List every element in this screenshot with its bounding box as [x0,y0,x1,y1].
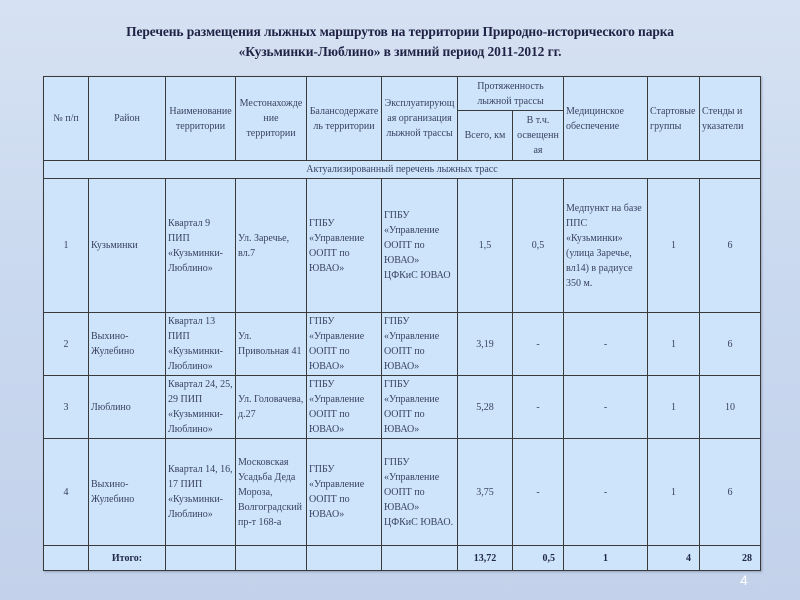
cell-medical: - [564,376,648,439]
cell-district: Выхино-Жулебино [89,313,166,376]
table-row: 4 Выхино-Жулебино Квартал 14, 16, 17 ПИП… [44,439,761,546]
total-row: Итого: 13,72 0,5 1 4 28 [44,546,761,571]
header-signs: Стенды и указатели [700,77,761,161]
cell-length-total: 5,28 [458,376,513,439]
header-num: № п/п [44,77,89,161]
header-length-lit: В т.ч. освещенная [513,111,564,161]
cell-holder: ГПБУ «Управление ООПТ по ЮВАО» [307,179,382,313]
cell-length-total: 3,75 [458,439,513,546]
header-holder: Балансодержатель территории [307,77,382,161]
cell-length-lit: - [513,439,564,546]
cell-signs: 10 [700,376,761,439]
cell-district: Кузьминки [89,179,166,313]
cell-empty [307,546,382,571]
cell-start-groups: 1 [648,179,700,313]
cell-medical: - [564,313,648,376]
cell-length-total: 3,19 [458,313,513,376]
cell-operator: ГПБУ «Управление ООПТ по ЮВАО» [382,376,458,439]
document-title: Перечень размещения лыжных маршрутов на … [0,22,800,62]
table-row: 1 Кузьминки Квартал 9 ПИП «Кузьминки-Люб… [44,179,761,313]
cell-length-lit: 0,5 [513,179,564,313]
total-signs: 28 [700,546,761,571]
cell-num: 3 [44,376,89,439]
header-location: Местонахождение территории [236,77,307,161]
total-label: Итого: [89,546,166,571]
table-row: 2 Выхино-Жулебино Квартал 13 ПИП «Кузьми… [44,313,761,376]
cell-holder: ГПБУ «Управление ООПТ по ЮВАО» [307,439,382,546]
title-line-2: «Кузьминки-Люблино» в зимний период 2011… [0,42,800,62]
cell-empty [382,546,458,571]
cell-operator: ГПБУ «Управление ООПТ по ЮВАО» ЦФКиС ЮВА… [382,179,458,313]
ski-routes-table: № п/п Район Наименование территории Мест… [43,76,761,571]
header-length: Протяженность лыжной трассы [458,77,564,111]
header-district: Район [89,77,166,161]
cell-territory-name: Квартал 24, 25, 29 ПИП «Кузьминки-Люблин… [166,376,236,439]
cell-location: Ул. Головачева, д.27 [236,376,307,439]
cell-empty [166,546,236,571]
header-row: № п/п Район Наименование территории Мест… [44,77,761,111]
cell-num: 4 [44,439,89,546]
cell-length-total: 1,5 [458,179,513,313]
cell-start-groups: 1 [648,376,700,439]
section-label: Актуализированный перечень лыжных трасс [44,161,761,179]
cell-location: Ул. Привольная 41 [236,313,307,376]
header-territory-name: Наименование территории [166,77,236,161]
cell-start-groups: 1 [648,439,700,546]
cell-start-groups: 1 [648,313,700,376]
total-length-lit: 0,5 [513,546,564,571]
page-number: 4 [740,572,748,588]
header-operator: Эксплуатирующая организация лыжной трасс… [382,77,458,161]
cell-territory-name: Квартал 9 ПИП «Кузьминки-Люблино» [166,179,236,313]
cell-length-lit: - [513,313,564,376]
cell-signs: 6 [700,313,761,376]
cell-holder: ГПБУ «Управление ООПТ по ЮВАО» [307,376,382,439]
table-row: 3 Люблино Квартал 24, 25, 29 ПИП «Кузьми… [44,376,761,439]
cell-num: 2 [44,313,89,376]
total-start-groups: 4 [648,546,700,571]
cell-empty [236,546,307,571]
cell-medical: - [564,439,648,546]
cell-holder: ГПБУ «Управление ООПТ по ЮВАО» [307,313,382,376]
header-start-groups: Стартовые группы [648,77,700,161]
cell-empty [44,546,89,571]
cell-signs: 6 [700,439,761,546]
cell-location: Ул. Заречье, вл.7 [236,179,307,313]
cell-territory-name: Квартал 14, 16, 17 ПИП «Кузьминки-Люблин… [166,439,236,546]
title-line-1: Перечень размещения лыжных маршрутов на … [0,22,800,42]
total-medical: 1 [564,546,648,571]
cell-territory-name: Квартал 13 ПИП «Кузьминки-Люблино» [166,313,236,376]
total-length-total: 13,72 [458,546,513,571]
cell-length-lit: - [513,376,564,439]
cell-operator: ГПБУ «Управление ООПТ по ЮВАО» [382,313,458,376]
header-medical: Медицинское обеспечение [564,77,648,161]
section-row: Актуализированный перечень лыжных трасс [44,161,761,179]
cell-district: Люблино [89,376,166,439]
cell-signs: 6 [700,179,761,313]
cell-district: Выхино-Жулебино [89,439,166,546]
cell-num: 1 [44,179,89,313]
header-length-total: Всего, км [458,111,513,161]
cell-location: Московская Усадьба Деда Мороза, Волгогра… [236,439,307,546]
cell-medical: Медпункт на базе ППС «Кузьминки» (улица … [564,179,648,313]
cell-operator: ГПБУ «Управление ООПТ по ЮВАО» ЦФКиС ЮВА… [382,439,458,546]
